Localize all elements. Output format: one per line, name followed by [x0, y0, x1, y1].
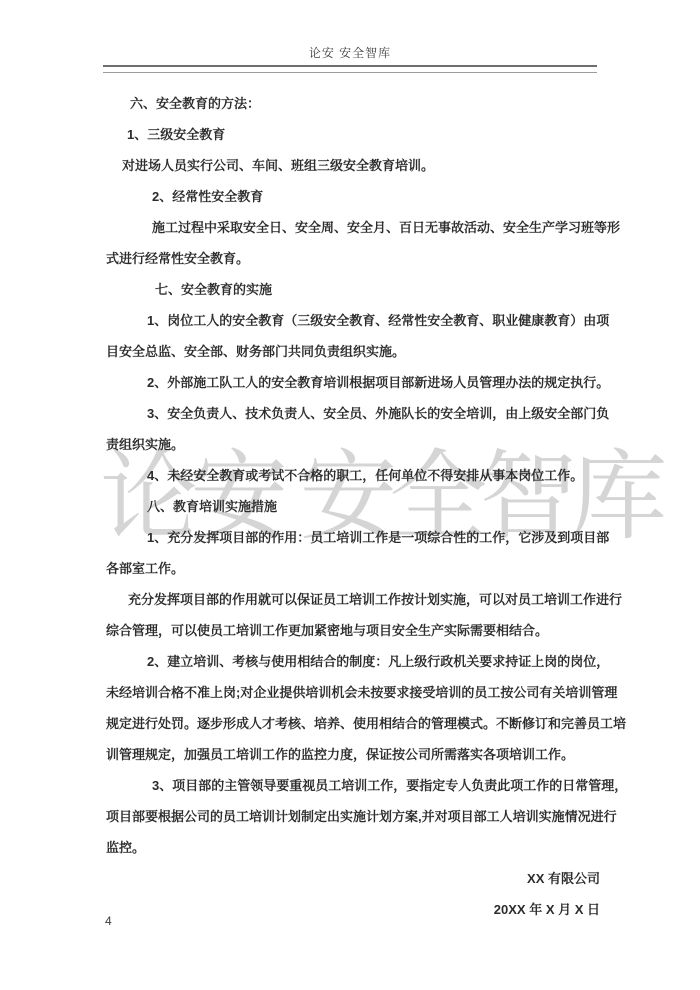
text-line: 3、项目部的主管领导要重视员工培训工作，要指定专人负责此项工作的日常管理，	[106, 770, 600, 801]
text-line: 充分发挥项目部的作用就可以保证员工培训工作按计划实施，可以对员工培训工作进行	[106, 584, 600, 615]
text-line: XX 有限公司	[106, 863, 600, 894]
text-line: 训管理规定，加强员工培训工作的监控力度，保证按公司所需落实各项培训工作。	[106, 739, 600, 770]
text-line: 2、建立培训、考核与使用相结合的制度：凡上级行政机关要求持证上岗的岗位，	[106, 646, 600, 677]
text-line: 七、安全教育的实施	[106, 274, 600, 305]
text-line: 1、岗位工人的安全教育（三级安全教育、经常性安全教育、职业健康教育）由项	[106, 305, 600, 336]
text-line: 4、未经安全教育或考试不合格的职工，任何单位不得安排从事本岗位工作。	[106, 460, 600, 491]
text-line: 2、外部施工队工人的安全教育培训根据项目部新进场人员管理办法的规定执行。	[106, 367, 600, 398]
text-line: 目安全总监、安全部、财务部门共同负责组织实施。	[106, 336, 600, 367]
page-number: 4	[105, 914, 112, 928]
header-rule-thin	[103, 72, 597, 73]
header-rule-thick	[103, 65, 597, 67]
text-line: 20XX 年 X 月 X 日	[106, 894, 600, 925]
text-line: 八、教育培训实施措施	[106, 491, 600, 522]
text-line: 式进行经常性安全教育。	[106, 243, 600, 274]
text-line: 各部室工作。	[106, 553, 600, 584]
content-lines: 六、安全教育的方法：1、三级安全教育对进场人员实行公司、车间、班组三级安全教育培…	[106, 88, 600, 925]
text-line: 未经培训合格不准上岗;对企业提供培训机会未按要求接受培训的员工按公司有关培训管理	[106, 677, 600, 708]
text-line: 1、充分发挥项目部的作用：员工培训工作是一项综合性的工作，它涉及到项目部	[106, 522, 600, 553]
text-line: 3、安全负责人、技术负责人、安全员、外施队长的安全培训，由上级安全部门负	[106, 398, 600, 429]
text-line: 施工过程中采取安全日、安全周、安全月、百日无事故活动、安全生产学习班等形	[106, 212, 600, 243]
text-line: 六、安全教育的方法：	[106, 88, 600, 119]
text-line: 综合管理，可以使员工培训工作更加紧密地与项目安全生产实际需要相结合。	[106, 615, 600, 646]
page-header-title: 论安 安全智库	[0, 44, 700, 61]
text-line: 2、经常性安全教育	[106, 181, 600, 212]
text-line: 项目部要根据公司的员工培训计划制定出实施计划方案,并对项目部工人培训实施情况进行	[106, 801, 600, 832]
text-line: 1、三级安全教育	[106, 119, 600, 150]
text-line: 对进场人员实行公司、车间、班组三级安全教育培训。	[106, 150, 600, 181]
text-line: 规定进行处罚。逐步形成人才考核、培养、使用相结合的管理模式。不断修订和完善员工培	[106, 708, 600, 739]
text-line: 监控。	[106, 832, 600, 863]
document-page: 论安 安全智库 论安 安全智库 六、安全教育的方法：1、三级安全教育对进场人员实…	[0, 0, 700, 990]
text-line: 责组织实施。	[106, 429, 600, 460]
